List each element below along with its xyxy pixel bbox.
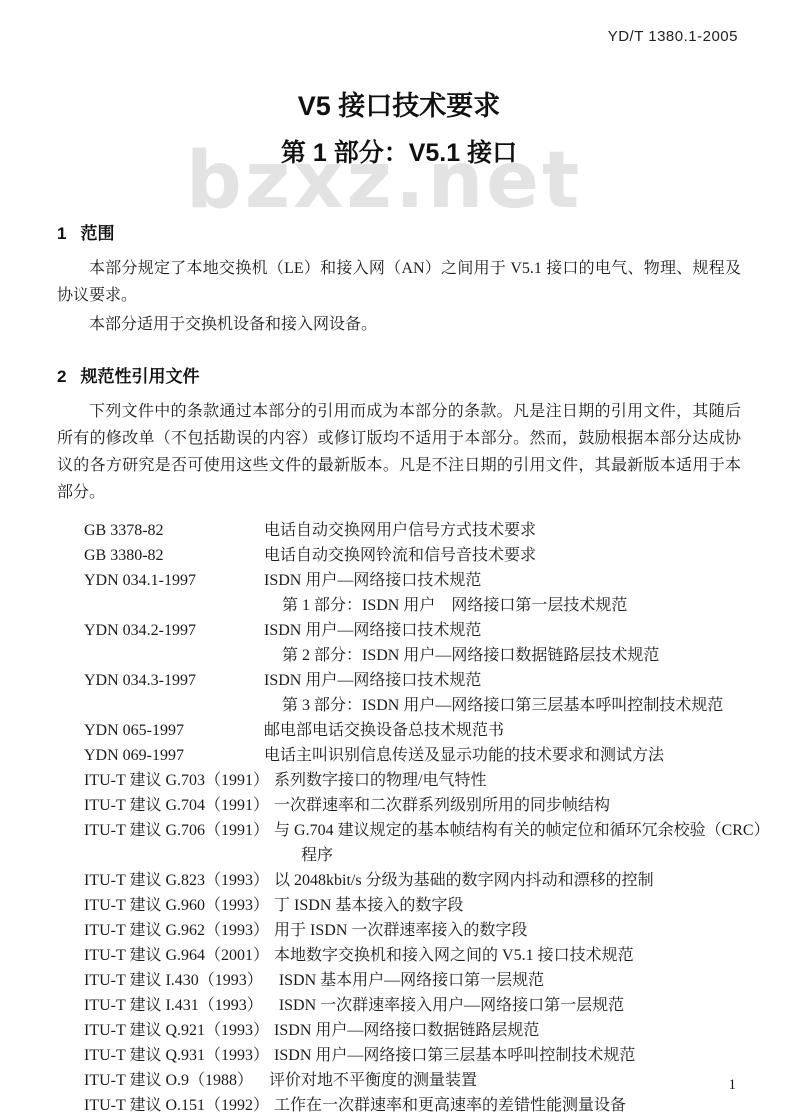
reference-code: ITU-T 建议 O.151（1992）	[84, 1093, 269, 1118]
reference-title: 电话自动交换网铃流和信号音技术要求	[264, 543, 536, 568]
reference-title: 以 2048kbit/s 分级为基础的数字网内抖动和漂移的控制	[274, 868, 654, 893]
reference-title: 电话自动交换网用户信号方式技术要求	[264, 518, 536, 543]
reference-row: GB 3378-82 电话自动交换网用户信号方式技术要求	[57, 518, 741, 543]
reference-title: 系列数字接口的物理/电气特性	[274, 768, 486, 793]
reference-code: YDN 034.1-1997	[84, 568, 264, 593]
reference-title: 本地数字交换机和接入网之间的 V5.1 接口技术规范	[274, 943, 634, 968]
reference-code: ITU-T 建议 G.704（1991）	[84, 793, 269, 818]
reference-code: ITU-T 建议 G.962（1993）	[84, 918, 269, 943]
reference-code: ITU-T 建议 G.703（1991）	[84, 768, 269, 793]
reference-row: ITU-T 建议 G.960（1993） 丁 ISDN 基本接入的数字段	[57, 893, 741, 918]
reference-code: YDN 065-1997	[84, 718, 264, 743]
reference-code: ITU-T 建议 G.706（1991）	[84, 818, 269, 843]
section-2-number: 2	[57, 367, 66, 387]
reference-row: ITU-T 建议 G.706（1991） 与 G.704 建议规定的基本帧结构有…	[57, 818, 741, 843]
document-content: V5 接口技术要求 第 1 部分：V5.1 接口 1范围 本部分规定了本地交换机…	[0, 84, 800, 1118]
reference-row: GB 3380-82 电话自动交换网铃流和信号音技术要求	[57, 543, 741, 568]
reference-row: ITU-T 建议 O.151（1992） 工作在一次群速率和更高速率的差错性能测…	[57, 1093, 741, 1118]
reference-code: ITU-T 建议 O.9（1988）	[84, 1068, 253, 1093]
reference-title: ISDN 用户—网络接口技术规范	[264, 668, 481, 693]
reference-title: 评价对地不平衡度的测量装置	[269, 1068, 477, 1093]
doc-number: YD/T 1380.1-2005	[608, 28, 738, 45]
reference-code: GB 3380-82	[84, 543, 264, 568]
reference-title: 用于 ISDN 一次群速率接入的数字段	[274, 918, 527, 943]
section-2-heading: 2规范性引用文件	[57, 362, 741, 387]
reference-title: ISDN 基本用户—网络接口第一层规范	[279, 968, 544, 993]
section-1-paragraph: 本部分规定了本地交换机（LE）和接入网（AN）之间用于 V5.1 接口的电气、物…	[57, 255, 741, 309]
reference-row: YDN 069-1997 电话主叫识别信息传送及显示功能的技术要求和测试方法	[57, 743, 741, 768]
reference-code: ITU-T 建议 G.960（1993）	[84, 893, 269, 918]
reference-code: YDN 034.2-1997	[84, 618, 264, 643]
reference-code: ITU-T 建议 I.431（1993）	[84, 993, 263, 1018]
section-1-heading: 1范围	[57, 219, 741, 244]
reference-subtitle: 第 2 部分：ISDN 用户—网络接口数据链路层技术规范	[57, 643, 741, 668]
reference-title: 电话主叫识别信息传送及显示功能的技术要求和测试方法	[264, 743, 664, 768]
section-1-paragraph: 本部分适用于交换机设备和接入网设备。	[57, 311, 741, 338]
reference-subtitle: 程序	[57, 843, 741, 868]
reference-row: ITU-T 建议 Q.931（1993） ISDN 用户—网络接口第三层基本呼叫…	[57, 1043, 741, 1068]
reference-row: ITU-T 建议 G.964（2001） 本地数字交换机和接入网之间的 V5.1…	[57, 943, 741, 968]
reference-title: ISDN 用户—网络接口技术规范	[264, 568, 481, 593]
reference-row: ITU-T 建议 I.430（1993） ISDN 基本用户—网络接口第一层规范	[57, 968, 741, 993]
reference-row: ITU-T 建议 G.703（1991） 系列数字接口的物理/电气特性	[57, 768, 741, 793]
reference-code: ITU-T 建议 G.964（2001）	[84, 943, 269, 968]
reference-title: 邮电部电话交换设备总技术规范书	[264, 718, 504, 743]
reference-title: ISDN 用户—网络接口技术规范	[264, 618, 481, 643]
reference-code: ITU-T 建议 Q.921（1993）	[84, 1018, 269, 1043]
doc-subtitle: 第 1 部分：V5.1 接口	[57, 133, 741, 169]
reference-row: YDN 034.1-1997 ISDN 用户—网络接口技术规范	[57, 568, 741, 593]
reference-row: ITU-T 建议 Q.921（1993） ISDN 用户—网络接口数据链路层规范	[57, 1018, 741, 1043]
reference-title: 与 G.704 建议规定的基本帧结构有关的帧定位和循环冗余校验（CRC）	[274, 818, 770, 843]
reference-title: ISDN 用户—网络接口第三层基本呼叫控制技术规范	[274, 1043, 635, 1068]
reference-code: ITU-T 建议 I.430（1993）	[84, 968, 263, 993]
reference-title: ISDN 用户—网络接口数据链路层规范	[274, 1018, 539, 1043]
reference-code: GB 3378-82	[84, 518, 264, 543]
reference-row: ITU-T 建议 I.431（1993） ISDN 一次群速率接入用户—网络接口…	[57, 993, 741, 1018]
reference-row: YDN 065-1997 邮电部电话交换设备总技术规范书	[57, 718, 741, 743]
doc-title: V5 接口技术要求	[57, 84, 741, 123]
references-list: GB 3378-82 电话自动交换网用户信号方式技术要求 GB 3380-82 …	[57, 518, 741, 1118]
section-2-paragraph: 下列文件中的条款通过本部分的引用而成为本部分的条款。凡是注日期的引用文件，其随后…	[57, 398, 741, 506]
reference-code: YDN 034.3-1997	[84, 668, 264, 693]
reference-title: 丁 ISDN 基本接入的数字段	[274, 893, 463, 918]
section-1-title: 范围	[80, 224, 114, 243]
section-1-number: 1	[57, 224, 66, 244]
reference-title: ISDN 一次群速率接入用户—网络接口第一层规范	[279, 993, 624, 1018]
reference-row: YDN 034.3-1997 ISDN 用户—网络接口技术规范	[57, 668, 741, 693]
reference-subtitle: 第 3 部分：ISDN 用户—网络接口第三层基本呼叫控制技术规范	[57, 693, 741, 718]
reference-code: ITU-T 建议 G.823（1993）	[84, 868, 269, 893]
page-number: 1	[729, 1077, 737, 1094]
reference-subtitle: 第 1 部分：ISDN 用户 网络接口第一层技术规范	[57, 593, 741, 618]
section-2-title: 规范性引用文件	[80, 367, 199, 386]
reference-code: YDN 069-1997	[84, 743, 264, 768]
reference-row: ITU-T 建议 G.704（1991） 一次群速率和二次群系列级别所用的同步帧…	[57, 793, 741, 818]
document-page: bzxz.net YD/T 1380.1-2005 V5 接口技术要求 第 1 …	[0, 0, 800, 1120]
reference-title: 工作在一次群速率和更高速率的差错性能测量设备	[274, 1093, 626, 1118]
reference-row: ITU-T 建议 G.962（1993） 用于 ISDN 一次群速率接入的数字段	[57, 918, 741, 943]
reference-title: 一次群速率和二次群系列级别所用的同步帧结构	[274, 793, 610, 818]
reference-code: ITU-T 建议 Q.931（1993）	[84, 1043, 269, 1068]
reference-row: YDN 034.2-1997 ISDN 用户—网络接口技术规范	[57, 618, 741, 643]
reference-row: ITU-T 建议 G.823（1993） 以 2048kbit/s 分级为基础的…	[57, 868, 741, 893]
reference-row: ITU-T 建议 O.9（1988） 评价对地不平衡度的测量装置	[57, 1068, 741, 1093]
